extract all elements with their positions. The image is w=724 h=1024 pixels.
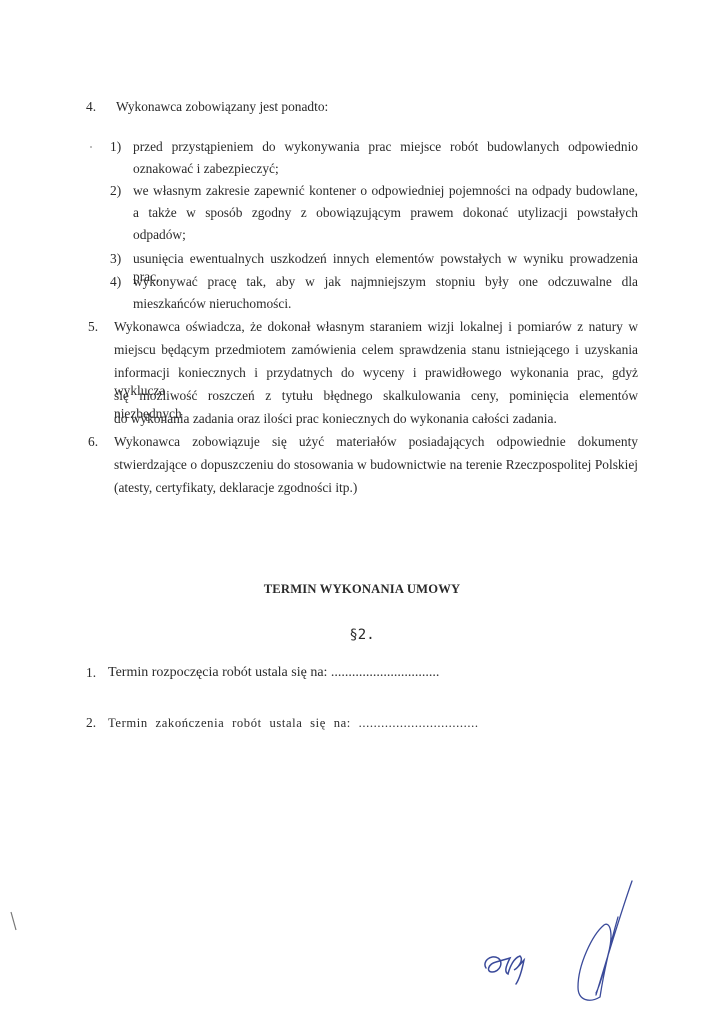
subitem-4-line-1: wykonywać pracę tak, aby w jak najmniejs… [133,273,638,291]
initials-signature [480,940,540,990]
item-5-line-5: do wykonania zadania oraz ilości prac ko… [114,410,557,428]
term-2-number: 2. [86,714,96,732]
subitem-2-line-2: a także w sposób zgodny z obowiązującym … [133,204,638,222]
item-4-text: Wykonawca zobowiązany jest ponadto: [116,98,328,116]
subitem-2-number: 2) [110,182,121,200]
item-4-number: 4. [86,98,96,116]
subitem-4-line-2: mieszkańców nieruchomości. [133,295,291,313]
subitem-2-line-3: odpadów; [133,226,186,244]
item-6-number: 6. [88,433,98,451]
subitem-2-line-1: we własnym zakresie zapewnić kontener o … [133,182,638,200]
item-6-line-1: Wykonawca zobowiązuje się użyć materiałó… [114,433,638,451]
margin-stroke-mark [8,910,20,934]
term-2-text: Termin zakończenia robót ustala się na: … [108,714,479,732]
full-signature [560,875,640,1015]
subitem-1-number: 1) [110,138,121,156]
item-5-number: 5. [88,318,98,336]
term-1-text: Termin rozpoczęcia robót ustala się na: … [108,664,439,682]
item-6-line-2: stwierdzające o dopuszczeniu do stosowan… [114,456,638,474]
term-1-number: 1. [86,664,96,682]
subitem-1-line-1: przed przystąpieniem do wykonywania prac… [133,138,638,156]
item-6-line-3: (atesty, certyfikaty, deklaracje zgodnoś… [114,479,357,497]
subitem-4-number: 4) [110,273,121,291]
section-heading: TERMIN WYKONANIA UMOWY [0,582,724,597]
subitem-1-line-2: oznakować i zabezpieczyć; [133,160,279,178]
subitem-3-number: 3) [110,250,121,268]
item-5-line-2: miejscu będącym przedmiotem zamówienia c… [114,341,638,359]
item-5-line-1: Wykonawca oświadcza, że dokonał własnym … [114,318,638,336]
margin-dot [90,146,92,148]
paragraph-mark: §2. [0,627,724,643]
document-page: 4. Wykonawca zobowiązany jest ponadto: 1… [0,0,724,1024]
